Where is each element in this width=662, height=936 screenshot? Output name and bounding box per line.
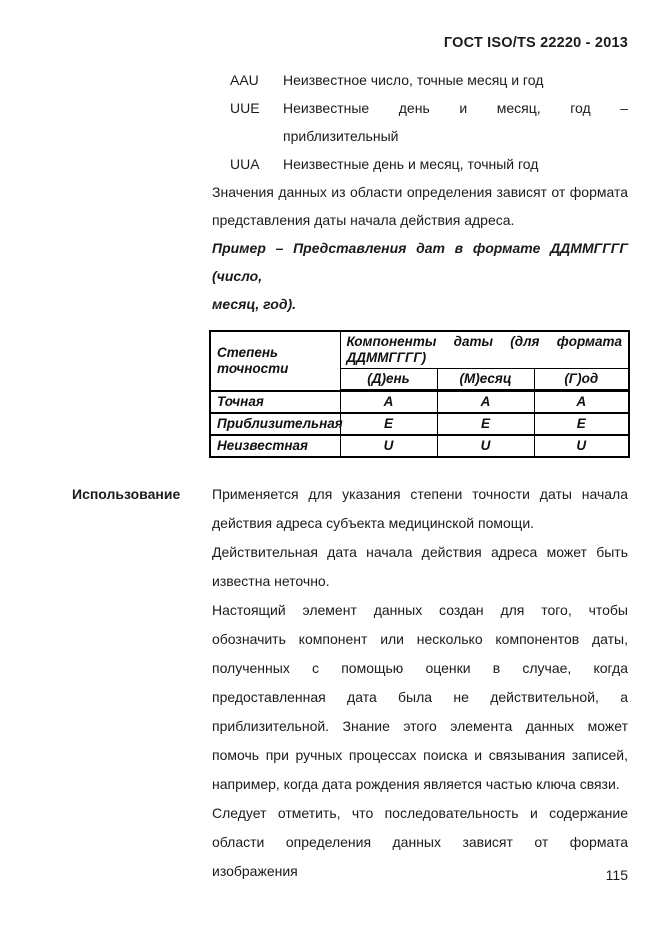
row-value: A xyxy=(534,391,629,414)
table-group-header: Компоненты даты (для формата ДДММГГГГ) xyxy=(340,331,629,369)
top-section: AAU Неизвестное число, точные месяц и го… xyxy=(212,66,628,318)
page-number: 115 xyxy=(606,867,628,883)
definition-text-line: Неизвестное число, точные месяц и год xyxy=(283,66,628,94)
usage-paragraph: Следует отметить, что последовательность… xyxy=(212,799,628,886)
definition-code: AAU xyxy=(212,66,283,94)
content-area: AAU Неизвестное число, точные месяц и го… xyxy=(212,66,628,886)
example-paragraph: Пример – Представления дат в формате ДДМ… xyxy=(212,234,628,318)
definition-code: UUA xyxy=(212,150,283,178)
subheader-day: (Д)ень xyxy=(340,369,437,391)
table-header-row: Степень точности Компоненты даты (для фо… xyxy=(210,331,629,369)
intro-paragraph: Значения данных из области определения з… xyxy=(212,178,628,234)
row-value: U xyxy=(534,435,629,457)
row-value: U xyxy=(340,435,437,457)
intro-line: представления даты начала действия адрес… xyxy=(212,206,628,234)
table-col1-header: Степень точности xyxy=(210,331,340,391)
definition-text-line: Неизвестные день и месяц, год – xyxy=(283,94,628,122)
usage-paragraph: Действительная дата начала действия адре… xyxy=(212,538,628,596)
table-row: Неизвестная U U U xyxy=(210,435,629,457)
document-page: ГОСТ ISO/TS 22220 - 2013 AAU Неизвестное… xyxy=(0,0,662,936)
row-label: Точная xyxy=(210,391,340,414)
table-row: Приблизительная E E E xyxy=(210,413,629,435)
row-label: Приблизительная xyxy=(210,413,340,435)
definition-item-uue: UUE Неизвестные день и месяц, год – приб… xyxy=(212,94,628,150)
definition-list: AAU Неизвестное число, точные месяц и го… xyxy=(212,66,628,178)
example-line: месяц, год). xyxy=(212,290,628,318)
definition-code: UUE xyxy=(212,94,283,150)
definition-text: Неизвестные день и месяц, точный год xyxy=(283,150,628,178)
definition-text-line: Неизвестные день и месяц, точный год xyxy=(283,150,628,178)
table-row: Точная A A A xyxy=(210,391,629,414)
usage-label: Использование xyxy=(72,480,210,509)
row-value: U xyxy=(437,435,534,457)
row-value: E xyxy=(340,413,437,435)
subheader-year: (Г)од xyxy=(534,369,629,391)
usage-paragraph: Настоящий элемент данных создан для того… xyxy=(212,596,628,799)
row-value: A xyxy=(437,391,534,414)
row-label: Неизвестная xyxy=(210,435,340,457)
usage-section: Использование Применяется для указания с… xyxy=(212,480,628,886)
group-header-line: ДДММГГГГ) xyxy=(347,350,623,366)
definition-text: Неизвестное число, точные месяц и год xyxy=(283,66,628,94)
document-header: ГОСТ ISO/TS 22220 - 2013 xyxy=(0,0,662,51)
definition-text-line: приблизительный xyxy=(283,122,628,150)
precision-table: Степень точности Компоненты даты (для фо… xyxy=(209,330,630,458)
row-value: E xyxy=(437,413,534,435)
definition-text: Неизвестные день и месяц, год – приблизи… xyxy=(283,94,628,150)
usage-paragraph: Применяется для указания степени точност… xyxy=(212,480,628,538)
definition-item-uua: UUA Неизвестные день и месяц, точный год xyxy=(212,150,628,178)
row-value: A xyxy=(340,391,437,414)
example-line: Пример – Представления дат в формате ДДМ… xyxy=(212,234,628,290)
subheader-month: (М)есяц xyxy=(437,369,534,391)
group-header-line: Компоненты даты (для формата xyxy=(347,334,623,350)
intro-line: Значения данных из области определения з… xyxy=(212,178,628,206)
definition-item-aau: AAU Неизвестное число, точные месяц и го… xyxy=(212,66,628,94)
row-value: E xyxy=(534,413,629,435)
